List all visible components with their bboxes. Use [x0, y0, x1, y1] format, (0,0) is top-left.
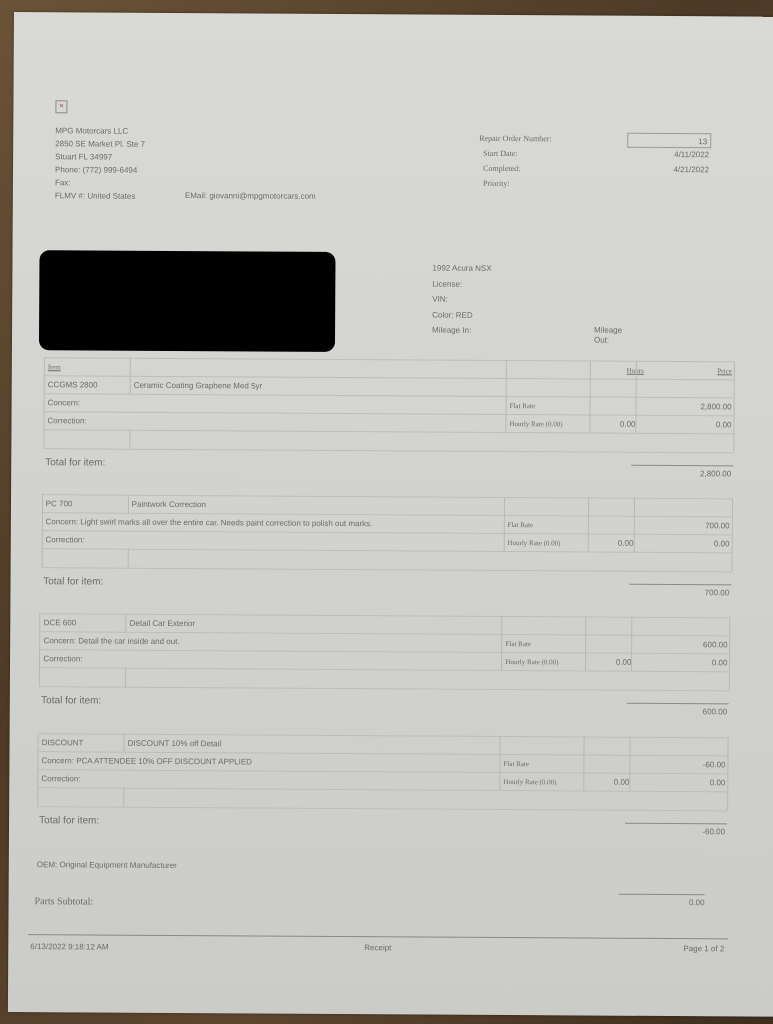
redacted-customer-info: [39, 250, 336, 352]
flat-rate-price: 700.00: [662, 517, 730, 535]
hourly-rate-label: Hourly Rate (0.00): [503, 773, 556, 791]
company-email: EMail: giovanni@mpgmotorcars.com: [185, 191, 316, 201]
hourly-rate-label: Hourly Rate (0.00): [509, 415, 562, 433]
vehicle-color: Color: RED: [432, 307, 491, 323]
line-item: DISCOUNT DISCOUNT 10% off Detail Concern…: [38, 733, 728, 737]
flat-rate-price: 2,800.00: [664, 398, 732, 416]
header-price: Price: [664, 362, 732, 380]
item-code: DCE 600: [44, 614, 77, 632]
flat-rate-label: Flat Rate: [510, 397, 536, 415]
footer-doc-type: Receipt: [364, 943, 391, 952]
hourly-hours: 0.00: [577, 773, 629, 791]
item-spacer-row: [37, 787, 727, 811]
vehicle-mileage-out: Mileage Out:: [594, 326, 634, 346]
flat-rate-price: -60.00: [657, 756, 725, 774]
footer-page-number: Page 1 of 2: [628, 944, 724, 954]
item-description: Ceramic Coating Graphene Med 5yr: [134, 377, 263, 396]
parts-subtotal-value: 0.00: [619, 898, 705, 908]
header-item: Item: [48, 358, 61, 376]
flat-rate-label: Flat Rate: [508, 516, 534, 534]
hourly-hours: 0.00: [583, 415, 635, 433]
repair-order-labels: Repair Order Number: Start Date: Complet…: [479, 131, 552, 191]
table-header: Item Hours Price: [44, 357, 734, 361]
item-spacer-row: [39, 667, 729, 691]
company-fax: Fax:: [55, 176, 145, 190]
start-date-label: Start Date:: [479, 146, 552, 161]
item-total-rule: [625, 823, 727, 825]
priority-label: Priority:: [479, 176, 552, 191]
line-item: DCE 600 Detail Car Exterior Concern: Det…: [40, 613, 730, 617]
item-total-label: Total for item:: [39, 815, 99, 826]
footer-printed-date: 6/13/2022 9:18:12 AM: [30, 942, 108, 951]
flat-rate-price: 600.00: [659, 636, 727, 654]
item-total-label: Total for item:: [41, 695, 101, 706]
item-total-value: 700.00: [629, 588, 729, 598]
hourly-hours: 0.00: [579, 653, 631, 671]
item-correction: Correction:: [47, 412, 86, 430]
hourly-hours: 0.00: [581, 534, 633, 552]
item-total-value: 600.00: [627, 707, 727, 717]
flat-rate-label: Flat Rate: [503, 755, 529, 773]
company-phone: Phone: (772) 999-6494: [55, 163, 145, 177]
item-total-rule: [629, 584, 731, 586]
company-name: MPG Motorcars LLC: [55, 124, 145, 138]
item-code: PC 700: [46, 495, 73, 513]
item-total-value: -60.00: [625, 827, 725, 837]
repair-order-number-label: Repair Order Number:: [479, 131, 552, 146]
company-flmv: FLMV #: United States: [55, 189, 145, 203]
vehicle-license: License:: [432, 276, 491, 292]
hourly-price: 0.00: [663, 416, 731, 434]
hourly-rate-label: Hourly Rate (0.00): [505, 653, 558, 671]
flat-rate-label: Flat Rate: [505, 635, 531, 653]
subtotal-rule: [619, 894, 705, 896]
hourly-price: 0.00: [659, 654, 727, 672]
item-code: CCGMS 2800: [48, 376, 98, 394]
item-total-rule: [627, 703, 729, 705]
footer-rule: [28, 934, 728, 939]
item-description: Detail Car Exterior: [130, 615, 195, 633]
item-total-value: 2,800.00: [631, 469, 731, 479]
completed-label: Completed:: [479, 161, 552, 176]
company-address-line2: Stuart FL 34997: [55, 150, 145, 164]
line-items: CCGMS 2800 Ceramic Coating Graphene Med …: [14, 12, 773, 17]
item-code: DISCOUNT: [42, 734, 84, 752]
broken-image-icon: ×: [55, 100, 67, 113]
company-address-line1: 2850 SE Market Pl. Ste 7: [55, 137, 145, 151]
item-description: Paintwork Correction: [132, 496, 206, 514]
repair-order-dates: 4/11/2022 4/21/2022: [609, 147, 709, 178]
parts-subtotal-label: Parts Subtotal:: [35, 896, 94, 907]
item-total-label: Total for item:: [43, 576, 103, 587]
item-correction: Correction:: [43, 650, 82, 668]
item-total-label: Total for item:: [45, 457, 105, 468]
hourly-price: 0.00: [657, 774, 725, 792]
hourly-price: 0.00: [661, 535, 729, 553]
vehicle-model: 1992 Acura NSX: [432, 261, 491, 277]
item-total-rule: [631, 465, 733, 467]
hourly-rate-label: Hourly Rate (0.00): [507, 534, 560, 552]
vehicle-mileage-in: Mileage In:: [432, 323, 491, 339]
item-correction: Correction:: [45, 531, 84, 549]
company-info: MPG Motorcars LLC 2850 SE Market Pl. Ste…: [55, 124, 145, 203]
item-spacer-row: [41, 548, 731, 572]
item-description: DISCOUNT 10% off Detail: [128, 735, 222, 754]
vehicle-info: 1992 Acura NSX License: VIN: Color: RED …: [432, 261, 492, 339]
vehicle-vin: VIN:: [432, 292, 491, 308]
item-spacer-row: [43, 429, 733, 453]
receipt-page: × MPG Motorcars LLC 2850 SE Market Pl. S…: [8, 12, 773, 1017]
item-correction: Correction:: [41, 770, 80, 788]
start-date: 4/11/2022: [609, 147, 709, 163]
completed-date: 4/21/2022: [609, 162, 709, 178]
line-item: PC 700 Paintwork Correction Concern: Lig…: [42, 494, 732, 498]
oem-note: OEM: Original Equipment Manufacturer: [37, 860, 177, 870]
